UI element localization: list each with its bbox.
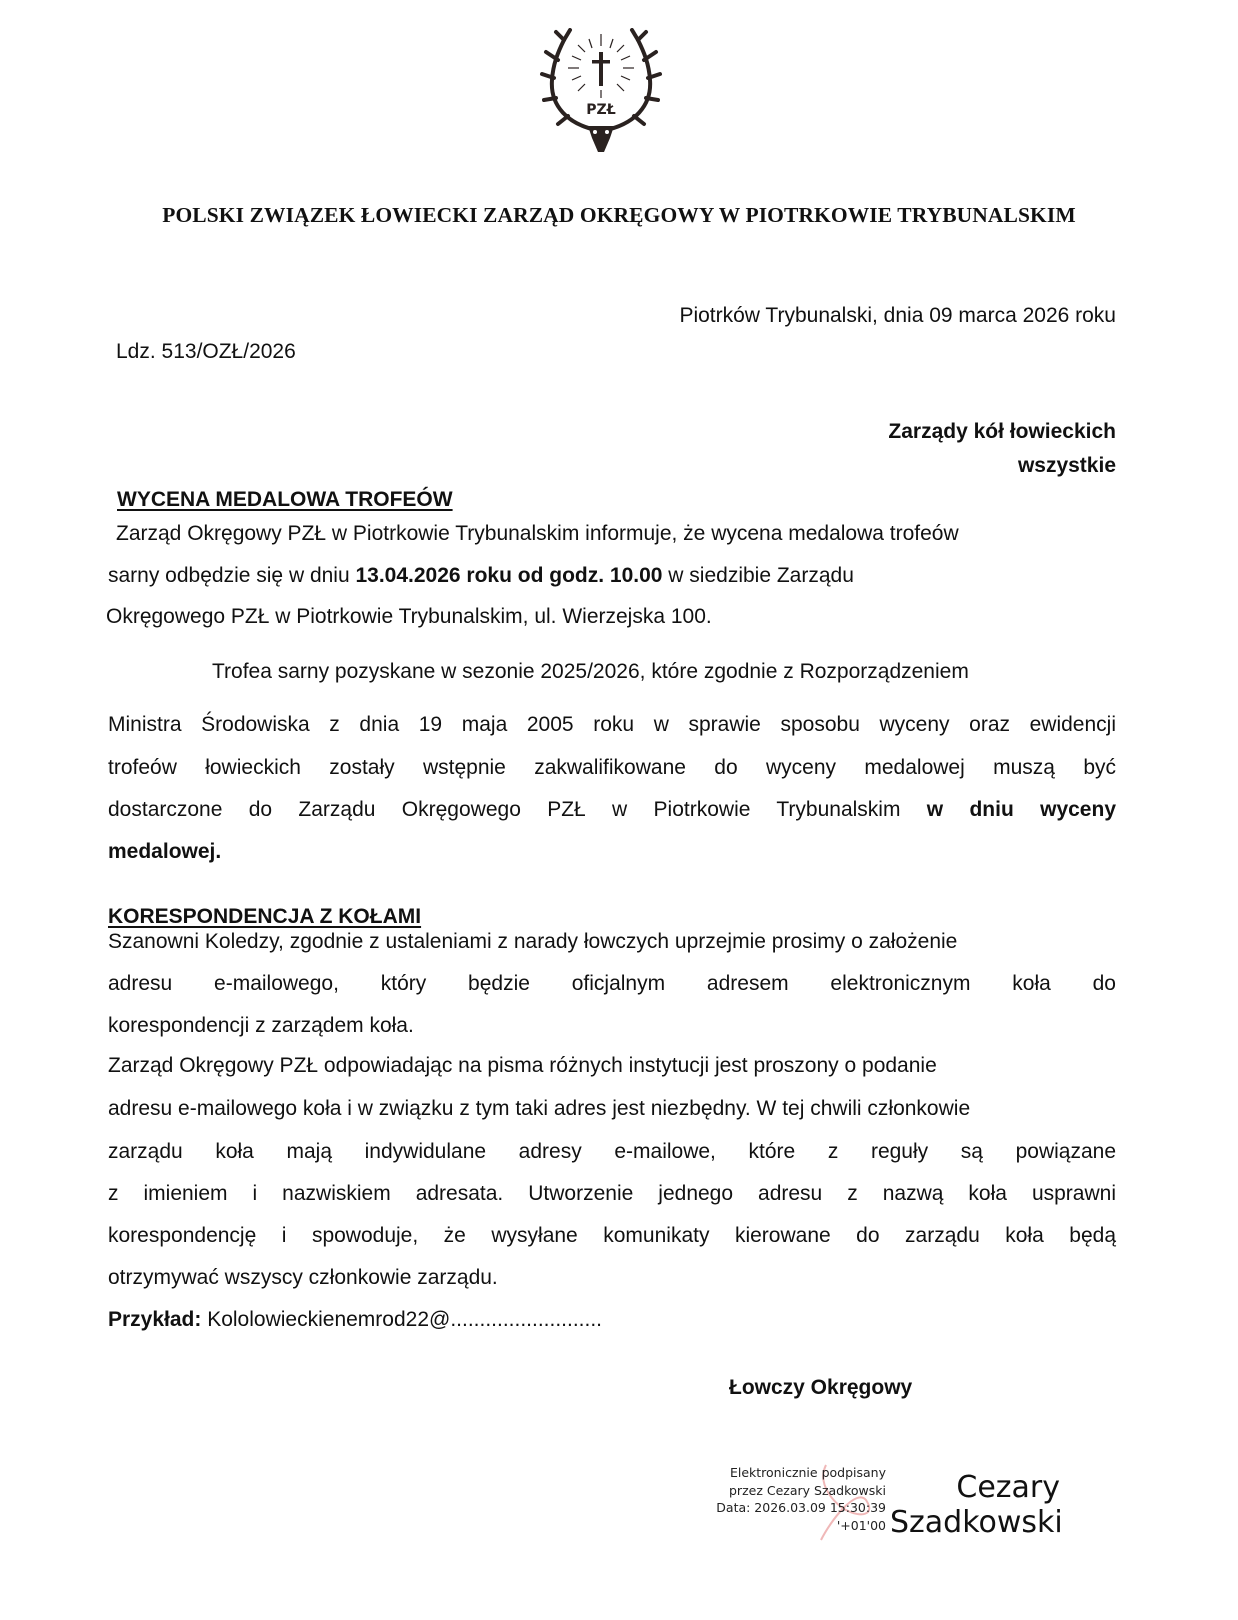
s2-p1-line-2: adresu e-mailowego, który będzie oficjal… xyxy=(108,972,1116,996)
s2-p1-line-3: korespondencji z zarządem koła. xyxy=(108,1014,414,1038)
addressee-line-1: Zarządy kół łowieckich xyxy=(888,415,1116,449)
s1-p2-line-3: trofeów łowieckich zostały wstępnie zakw… xyxy=(108,756,1116,780)
s1-p2-line-4: dostarczone do Zarządu Okręgowego PZŁ w … xyxy=(108,798,1116,822)
reference-number: Ldz. 513/OZŁ/2026 xyxy=(116,340,296,364)
signature-line-1: Elektronicznie podpisany xyxy=(700,1464,886,1482)
signer-first-name: Cezary xyxy=(890,1470,1060,1505)
bold-span: w dniu wyceny xyxy=(927,798,1116,821)
s1-p2-line-1: Trofea sarny pozyskane w sezonie 2025/20… xyxy=(212,660,969,684)
signer-name: Cezary Szadkowski xyxy=(890,1470,1060,1540)
email-example: Przykład: Kololowieckienemrod22@........… xyxy=(108,1308,602,1332)
text-span: sarny odbędzie się w dniu xyxy=(108,564,355,587)
signature-date: Data: 2026.03.09 15:30:39 xyxy=(700,1499,886,1517)
s1-p2-line-5: medalowej. xyxy=(108,840,221,864)
event-date-time: 13.04.2026 roku od godz. 10.00 xyxy=(355,564,662,587)
s2-p2-line-1: Zarząd Okręgowy PZŁ odpowiadając na pism… xyxy=(108,1054,937,1078)
signer-last-name: Szadkowski xyxy=(890,1505,1060,1540)
s1-p1-line-3: Okręgowego PZŁ w Piotrkowie Trybunalskim… xyxy=(106,605,712,629)
s1-p1-line-1: Zarząd Okręgowy PZŁ w Piotrkowie Trybuna… xyxy=(116,522,959,546)
s1-p1-line-2: sarny odbędzie się w dniu 13.04.2026 rok… xyxy=(108,564,854,588)
place-date: Piotrków Trybunalski, dnia 09 marca 2026… xyxy=(679,304,1116,328)
closing-title: Łowczy Okręgowy xyxy=(729,1376,912,1400)
text-span: w siedzibie Zarządu xyxy=(662,564,853,587)
section-heading-correspondence: KORESPONDENCJA Z KOŁAMI xyxy=(108,905,421,929)
digital-signature-info: Elektronicznie podpisany przez Cezary Sz… xyxy=(700,1464,886,1534)
s1-p2-line-2: Ministra Środowiska z dnia 19 maja 2005 … xyxy=(108,713,1116,737)
text-span: dostarczone do Zarządu Okręgowego PZŁ w … xyxy=(108,798,927,821)
s2-p1-line-1: Szanowni Koledzy, zgodnie z ustaleniami … xyxy=(108,930,957,954)
signature-timezone: '+01'00 xyxy=(700,1517,886,1535)
s2-p2-line-6: otrzymywać wszyscy członkowie zarządu. xyxy=(108,1266,498,1290)
section-heading-medal-valuation: WYCENA MEDALOWA TROFEÓW xyxy=(117,488,453,512)
example-label: Przykład: xyxy=(108,1308,201,1331)
s2-p2-line-4: z imieniem i nazwiskiem adresata. Utworz… xyxy=(108,1182,1116,1206)
s2-p2-line-5: korespondencję i spowoduje, że wysyłane … xyxy=(108,1224,1116,1248)
pzl-logo: PZŁ xyxy=(538,28,664,156)
s2-p2-line-2: adresu e-mailowego koła i w związku z ty… xyxy=(108,1097,970,1121)
pzl-emblem-icon: PZŁ xyxy=(538,28,664,156)
organization-title: POLSKI ZWIĄZEK ŁOWIECKI ZARZĄD OKRĘGOWY … xyxy=(0,203,1238,228)
addressee-line-2: wszystkie xyxy=(888,449,1116,483)
addressee: Zarządy kół łowieckich wszystkie xyxy=(888,415,1116,483)
svg-text:PZŁ: PZŁ xyxy=(586,102,615,118)
signature-line-2: przez Cezary Szadkowski xyxy=(700,1482,886,1500)
example-email: Kololowieckienemrod22@..................… xyxy=(201,1308,602,1331)
s2-p2-line-3: zarządu koła mają indywidulane adresy e-… xyxy=(108,1140,1116,1164)
